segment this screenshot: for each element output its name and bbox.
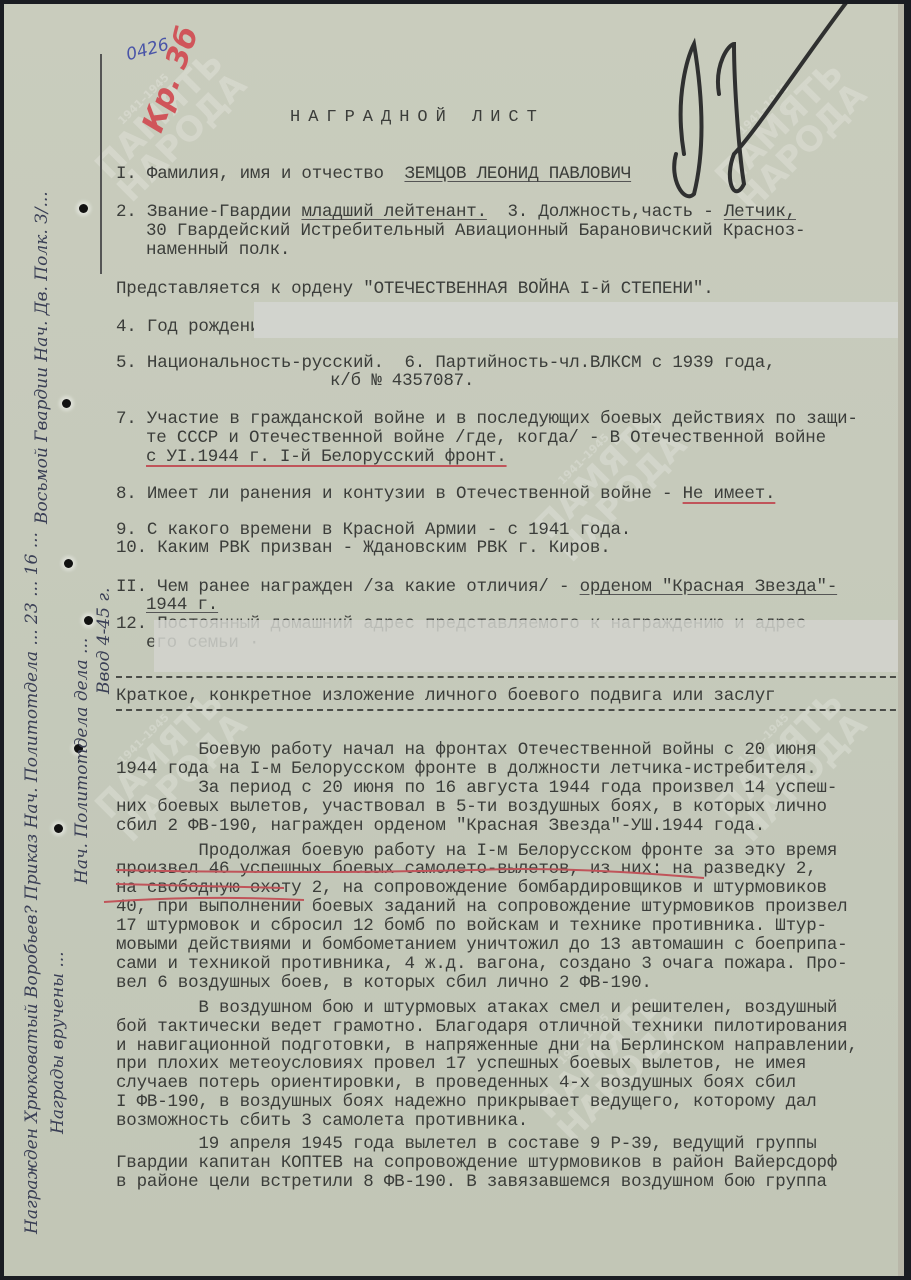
punch-hole bbox=[79, 204, 88, 213]
punch-hole bbox=[62, 399, 71, 408]
punch-hole bbox=[64, 559, 73, 568]
margin-note: Награды вручены ... bbox=[48, 951, 68, 1134]
red-underlines bbox=[4, 4, 904, 1276]
punch-hole bbox=[84, 616, 93, 625]
award-sheet-page: 1941–1945ПАМЯТЬНАРОДА 1941–1945ПАМЯТЬНАР… bbox=[4, 4, 904, 1276]
margin-note: Награжден Хрюковатый Воробьев? Приказ На… bbox=[22, 532, 42, 1234]
margin-note: Восьмой Гвардии Нач. Дв. Полк. З/... bbox=[32, 191, 52, 524]
margin-note: Нач. Политотдела дела ... bbox=[72, 638, 92, 884]
margin-note: Ввод 4-45 г. bbox=[94, 588, 114, 694]
punch-hole bbox=[54, 824, 63, 833]
